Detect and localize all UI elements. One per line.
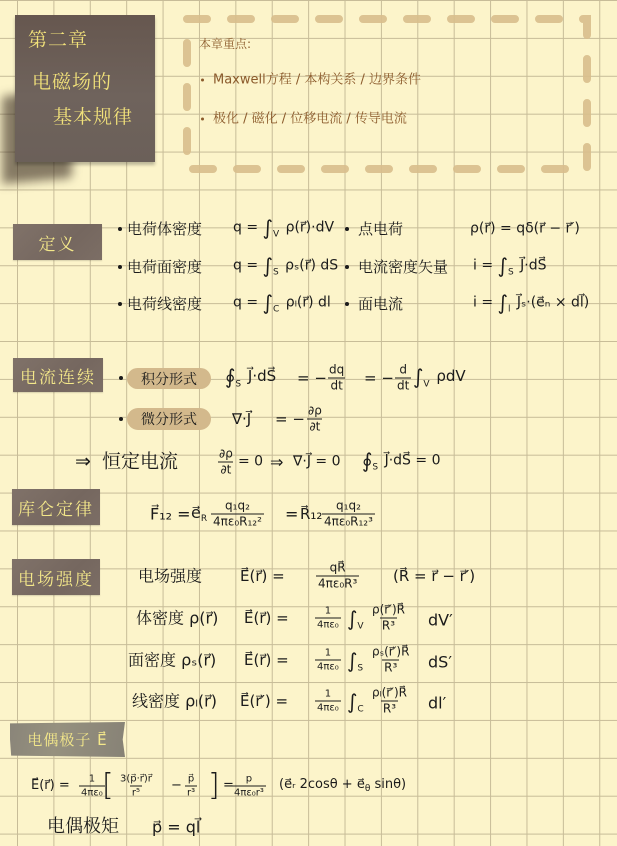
formula-rhs: J⃗·dS⃗ [520,258,546,274]
integral-domain: V [357,621,363,631]
unit-vector-subscript: R [201,514,207,524]
definition-formula: q = ∫C ρₗ(r⃗) dl [233,293,331,316]
definition-term: 电荷体密度 [127,220,202,238]
closed-integral-sign: ∮ [225,364,235,388]
definition-formula: i = ∫l J⃗ₛ·(e⃗ₙ × dl⃗) [473,293,589,316]
coulomb-fraction-1: q₁q₂ 4πε₀R₁₂² [211,500,264,529]
integral: ∫S [347,650,365,673]
distance-vector: R⃗₁₂ [300,505,322,523]
numerator: ρₛ(r⃗′)R⃗ [370,646,411,660]
numerator: d [397,364,409,378]
numerator: q₁q₂ [334,500,363,514]
integral-sign: ∫ [347,606,357,630]
denominator: 4πε₀R₁₂³ [322,514,375,529]
denominator: 4πε₀ [315,618,341,631]
definition-term: 电荷面密度 [127,258,202,276]
polar-component: sinθ) [374,777,406,792]
equals-minus: = − [297,369,327,387]
denominator: 4πε₀R₁₂² [211,514,264,529]
bullet-icon [118,227,122,231]
dipole-fraction-1: 3(p⃗·r⃗)r⃗ r⁵ [118,774,154,799]
integral-domain: S [273,268,279,278]
numerator: dq [327,364,346,378]
bullet-icon [119,376,123,380]
field-row-term: 体密度 ρ(r⃗) [136,608,218,627]
denominator: 4πε₀r³ [232,786,266,799]
theta-subscript: θ [365,784,371,794]
denominator: r³ [185,786,197,799]
integral: ∫V [347,608,366,631]
denominator: r⁵ [130,786,142,799]
coefficient-fraction: 1 4πε₀ [315,689,341,714]
bullet-icon [201,79,204,82]
definition-term: 面电流 [358,295,403,313]
denominator: R³ [381,701,398,716]
section-label-current-continuity: 电流连续 [13,358,103,392]
field-note: (R⃗ = r⃗ − r⃗′) [393,567,475,585]
key-point-item: 极化 / 磁化 / 位移电流 / 传导电流 [201,108,407,127]
numerator: 1 [323,606,333,618]
integrand-fraction: ρₗ(r⃗′)R⃗ R³ [370,687,409,716]
numerator: p⃗ [186,774,196,786]
note-page: 第二章 电磁场的 基本规律 本章重点: Maxwell方程 / 本构关系 / 边… [0,0,617,846]
section-label-electric-dipole: 电偶极子 E⃗ [10,722,125,757]
unit-vector-symbol: e⃗ [191,503,201,522]
divergence-zero: ∇·J⃗ = 0 [293,454,340,471]
implies-arrow: ⇒ [270,452,283,471]
dipole-fraction-2: p⃗ r³ [185,774,197,799]
divergence-lhs: ∇·J⃗ [232,410,251,428]
key-points-title: 本章重点: [199,35,251,52]
formula-rhs: ρₛ(r⃗) dS [285,258,338,274]
numerator: ∂ρ [217,448,235,462]
coefficient-fraction: 1 4πε₀ [315,648,341,673]
numerator: qR⃗ [328,562,348,576]
denominator: R³ [382,660,399,675]
formula-lhs: q = [233,220,258,236]
denominator: 4πε₀ [315,701,341,714]
section-label-electric-field: 电场强度 [12,559,100,595]
field-row-term: 线密度 ρₗ(r⃗) [132,691,217,710]
field-lhs: E⃗(r⃗′) = [240,692,288,710]
equals-minus: = − [275,410,305,428]
integral-sign: ∫ [263,291,273,315]
integral-sign: ∫ [347,648,357,672]
radial-component: (e⃗ᵣ 2cosθ + e⃗ [279,777,365,792]
field-lhs: E⃗(r⃗) = [240,567,285,585]
numerator: 3(p⃗·r⃗)r⃗ [118,774,154,786]
field-row-term: 电场强度 [138,566,202,585]
differential: dV′ [428,610,453,629]
coefficient-fraction: 1 4πε₀ [315,606,341,631]
volume-integral: ∫V ρdV [413,366,466,389]
dipole-field-lhs: E⃗(r⃗) = [31,778,70,794]
minus-sign: − [171,778,182,794]
steady-current-label: 恒定电流 [102,451,178,474]
right-bracket: ] [208,771,220,801]
definition-formula: ρ(r⃗) = qδ(r⃗ − r⃗′) [470,221,580,238]
denominator: dt [395,378,411,393]
force-lhs: F⃗₁₂ = [150,504,191,523]
flux-zero: ∮S J⃗·dS⃗ = 0 [362,451,440,474]
key-point-text: 极化 / 磁化 / 位移电流 / 传导电流 [213,112,407,127]
bullet-icon [119,417,123,421]
formula-lhs: q = [233,258,258,274]
definition-formula: q = ∫V ρ(r⃗)·dV [233,218,334,241]
flux-expression: J⃗·dS⃗ [248,367,276,385]
implies-arrow: ⇒ [75,451,91,474]
denominator: 4πε₀ [315,660,341,673]
integrand: ρdV [436,367,465,385]
integral-sign: ∫ [263,216,273,240]
differential: dS′ [428,652,452,671]
denominator: 4πε₀ [79,786,105,799]
bullet-icon [118,302,122,306]
equals-sign: = [285,504,298,523]
integral-domain: V [273,230,279,240]
numerator: q₁q₂ [223,500,252,514]
integral-domain: l [508,305,511,315]
formula-rhs: ρₗ(r⃗) dl [286,295,331,311]
bullet-icon [201,118,204,121]
integral-sign: ∫ [347,689,357,713]
field-lhs: E⃗(r⃗) = [244,609,289,627]
formula-lhs: q = [233,295,258,311]
integral-form-tag: 积分形式 [127,368,211,389]
definition-term: 电流密度矢量 [358,258,448,276]
field-fraction: qR⃗ 4πε₀R³ [316,562,359,591]
numerator: ρ(r⃗′)R⃗ [370,604,407,618]
section-label-definition: 定义 [13,224,102,260]
integral-domain: S [357,663,363,673]
definition-formula: q = ∫S ρₛ(r⃗) dS [233,256,338,279]
field-row-term: 面密度 ρₛ(r⃗) [128,650,216,669]
field-lhs: E⃗(r⃗) = [244,651,289,669]
denominator: 4πε₀R³ [316,576,359,591]
differential: dl′ [428,693,446,712]
numerator: 1 [323,689,333,701]
formula-lhs: ρ(r⃗) = qδ(r⃗ − r⃗′) [470,221,580,237]
dipole-moment-formula: p⃗ = ql⃗ [152,817,200,836]
integral-sign: ∫ [498,291,508,315]
integral-domain: S [235,379,241,389]
dipole-moment-label: 电偶极矩 [47,816,119,838]
differential-form-tag: 微分形式 [127,408,211,430]
bullet-icon [345,227,349,231]
integral-domain: V [423,379,429,389]
integral-domain: S [508,268,514,278]
left-bracket: [ [102,771,114,801]
integral-form-lhs: ∮S J⃗·dS⃗ [225,366,276,389]
coefficient-fraction: 1 4πε₀ [79,774,105,799]
formula-lhs: i = [473,295,493,311]
numerator: p [244,774,254,786]
definition-formula: i = ∫S J⃗·dS⃗ [473,256,546,279]
bullet-icon [118,265,122,269]
equals-zero: = 0 [238,454,263,471]
denominator: dt [328,378,344,393]
integral-domain: C [357,704,363,714]
integral-domain: S [372,463,378,473]
flux-expression: J⃗·dS⃗ = 0 [385,453,441,469]
integral-sign: ∫ [498,254,508,278]
fraction-drho-dt: ∂ρ ∂t [217,448,235,477]
coulomb-fraction-2: q₁q₂ 4πε₀R₁₂³ [322,500,375,529]
bullet-icon [345,265,349,269]
numerator: ρₗ(r⃗′)R⃗ [370,687,409,701]
key-point-text: Maxwell方程 / 本构关系 / 边界条件 [213,73,421,88]
denominator: R³ [380,618,397,633]
unit-vector: e⃗R [191,503,207,525]
numerator: 1 [87,774,97,786]
formula-lhs: i = [473,258,493,274]
integral-sign: ∫ [413,364,423,388]
numerator: 1 [323,648,333,660]
closed-integral-sign: ∮ [362,449,372,473]
fraction-d-dt: d dt [395,364,411,393]
denominator: ∂t [307,419,322,434]
denominator: ∂t [218,462,233,477]
equals-minus: = − [364,369,394,387]
integrand-fraction: ρₛ(r⃗′)R⃗ R³ [370,646,411,675]
integral: ∫C [347,691,366,714]
formula-rhs: ρ(r⃗)·dV [286,220,334,236]
definition-term: 点电荷 [358,220,403,238]
integral-domain: C [273,305,279,315]
integral-sign: ∫ [263,254,273,278]
bullet-icon [345,302,349,306]
key-points-dashed-frame [0,0,617,200]
spherical-components: (e⃗ᵣ 2cosθ + e⃗θ sinθ) [279,777,406,795]
numerator: ∂ρ [306,405,324,419]
fraction-dq-dt: dq dt [327,364,346,393]
section-label-coulomb-law: 库仑定律 [12,489,100,525]
fraction-drho-dt: ∂ρ ∂t [306,405,324,434]
dipole-fraction-3: p 4πε₀r³ [232,774,266,799]
integrand-fraction: ρ(r⃗′)R⃗ R³ [370,604,407,633]
formula-rhs: J⃗ₛ·(e⃗ₙ × dl⃗) [517,295,589,311]
definition-term: 电荷线密度 [127,295,202,313]
key-point-item: Maxwell方程 / 本构关系 / 边界条件 [201,69,421,88]
